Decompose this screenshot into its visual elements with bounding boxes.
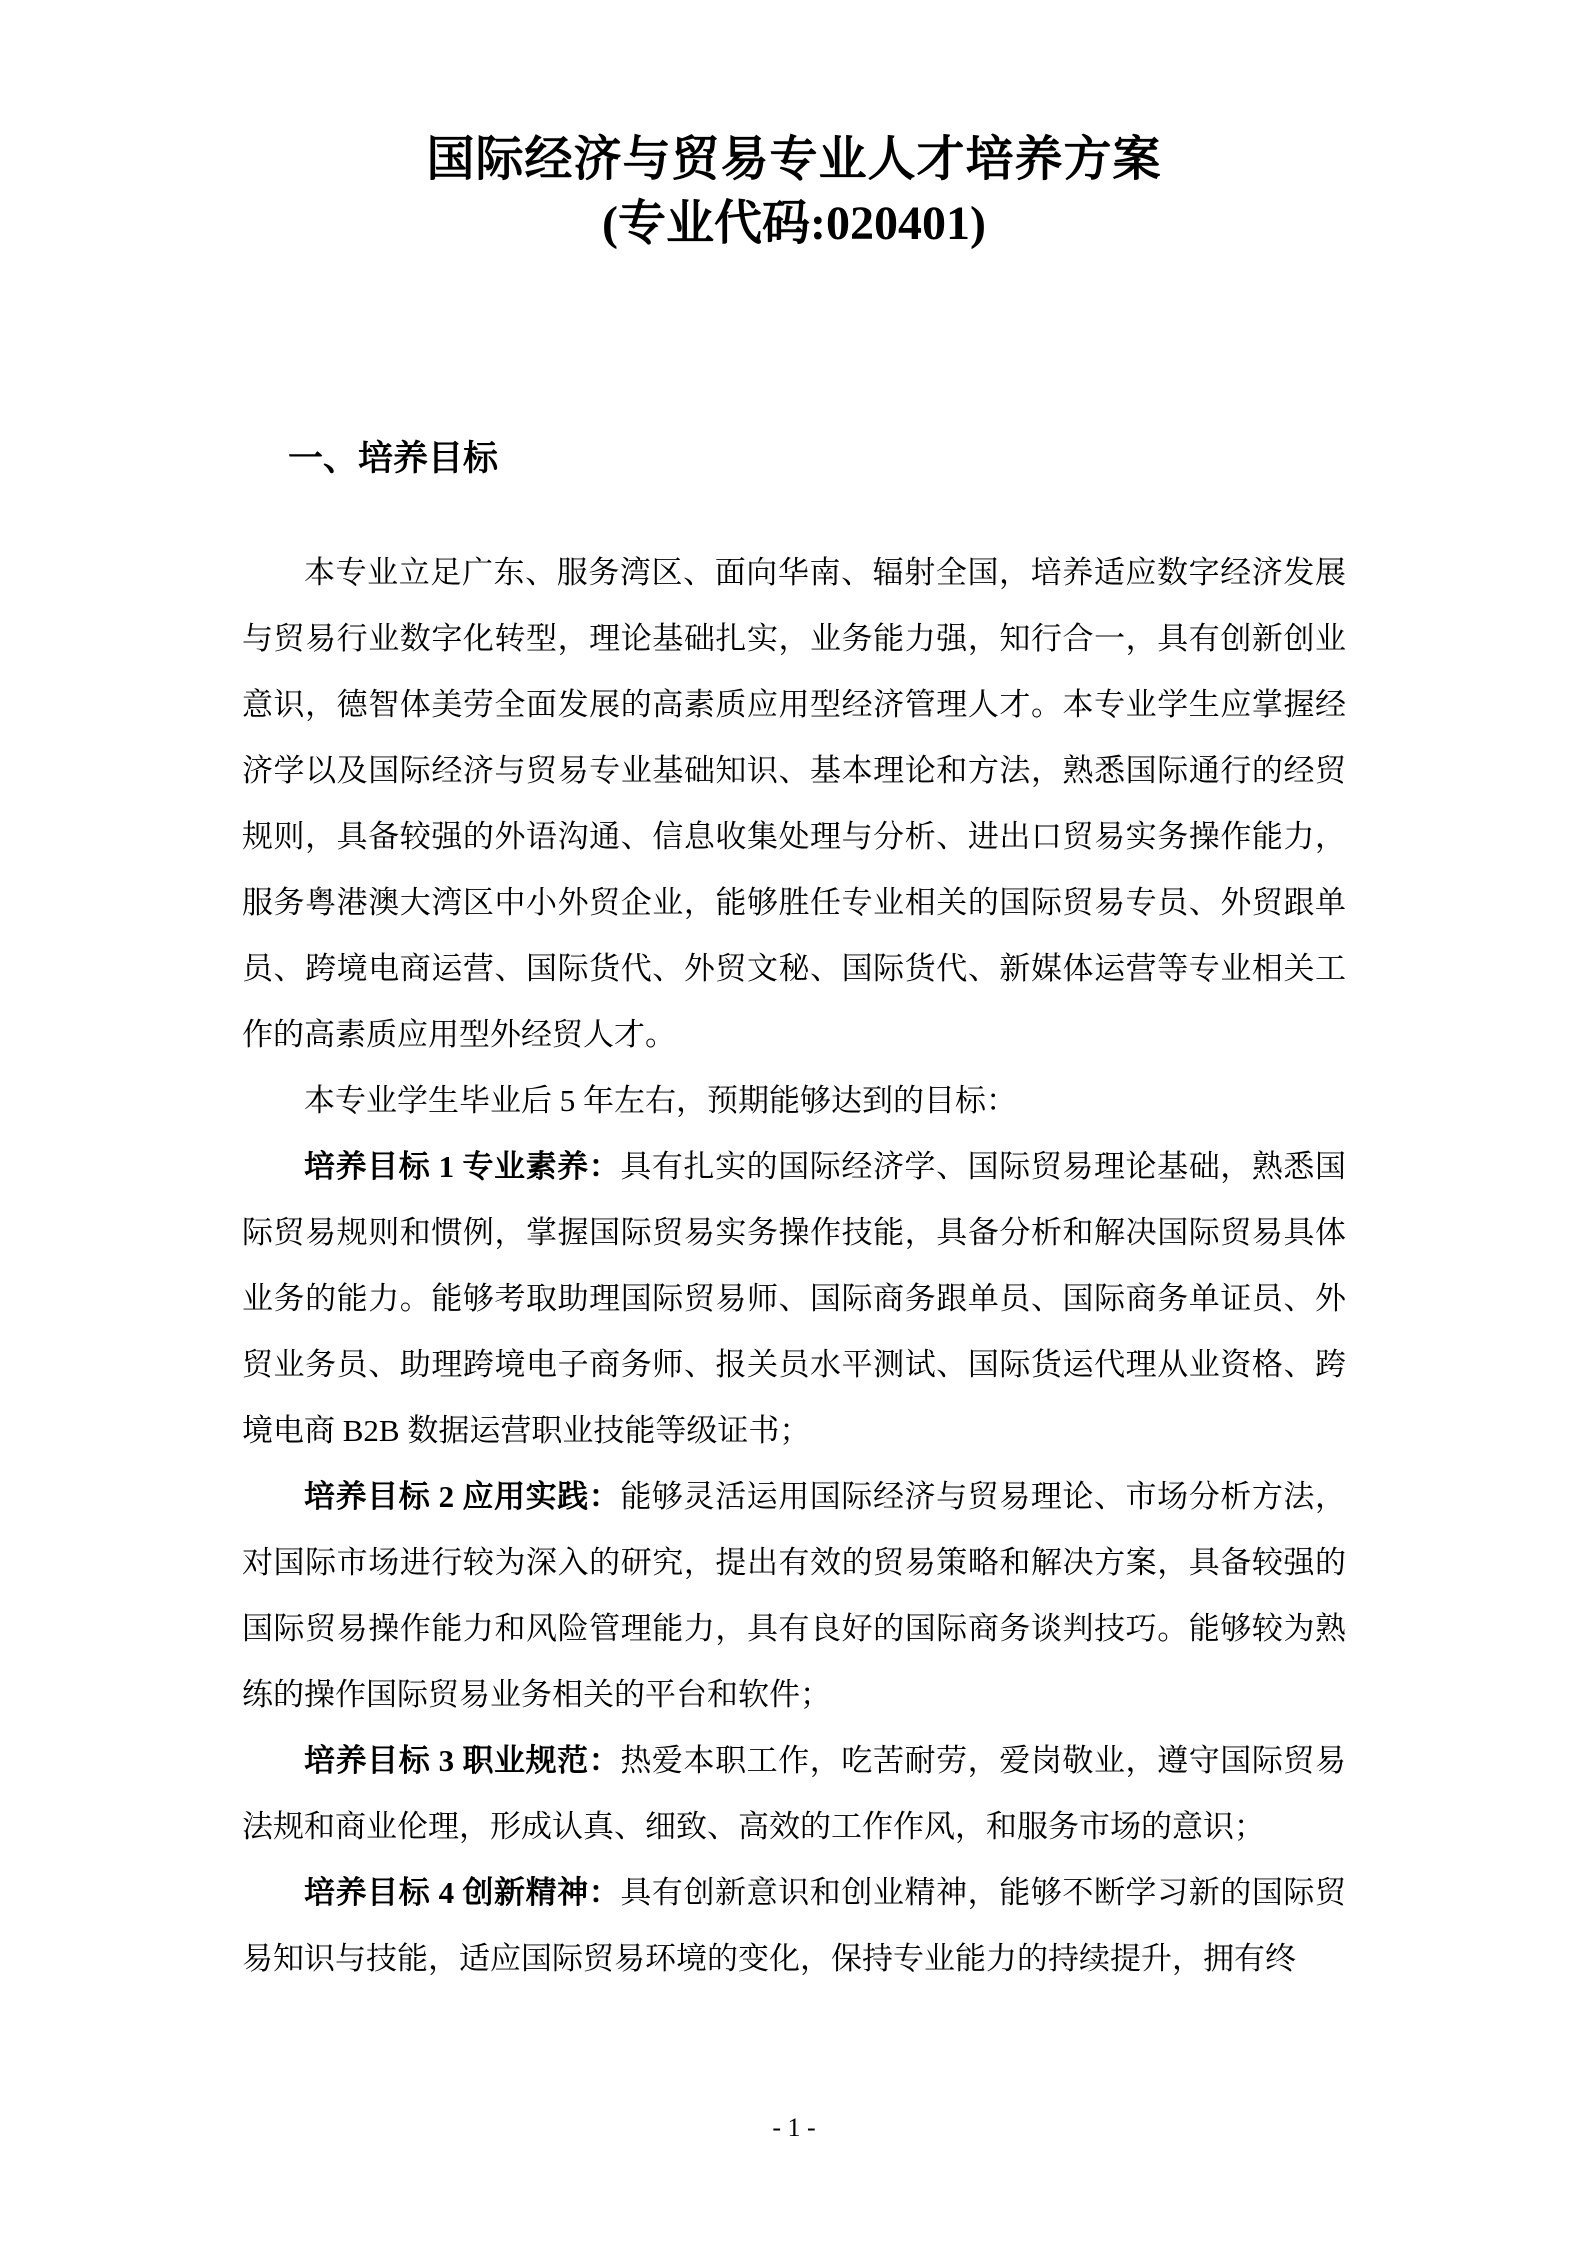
objective-3-lead: 培养目标 3 职业规范： xyxy=(304,1743,620,1778)
graduation-goal-text: 本专业学生毕业后 5 年左右，预期能够达到的目标： xyxy=(304,1083,1017,1118)
graduation-goal-paragraph: 本专业学生毕业后 5 年左右，预期能够达到的目标： xyxy=(242,1068,1346,1134)
intro-paragraph-text: 本专业立足广东、服务湾区、面向华南、辐射全国，培养适应数字经济发展与贸易行业数字… xyxy=(242,555,1346,1052)
intro-paragraph: 本专业立足广东、服务湾区、面向华南、辐射全国，培养适应数字经济发展与贸易行业数字… xyxy=(242,540,1346,1068)
objective-1-paragraph: 培养目标 1 专业素养：具有扎实的国际经济学、国际贸易理论基础，熟悉国际贸易规则… xyxy=(242,1134,1346,1464)
objective-2-lead: 培养目标 2 应用实践： xyxy=(304,1479,620,1514)
objective-4-paragraph: 培养目标 4 创新精神：具有创新意识和创业精神，能够不断学习新的国际贸易知识与技… xyxy=(242,1860,1346,1992)
document-subtitle-major-code: (专业代码:020401) xyxy=(0,192,1588,256)
document-title: 国际经济与贸易专业人才培养方案 xyxy=(0,0,1588,192)
document-page: 国际经济与贸易专业人才培养方案 (专业代码:020401) 一、培养目标 本专业… xyxy=(0,0,1588,2245)
objective-1-lead: 培养目标 1 专业素养： xyxy=(304,1149,620,1184)
objective-2-paragraph: 培养目标 2 应用实践：能够灵活运用国际经济与贸易理论、市场分析方法，对国际市场… xyxy=(242,1464,1346,1728)
document-body: 本专业立足广东、服务湾区、面向华南、辐射全国，培养适应数字经济发展与贸易行业数字… xyxy=(242,540,1346,1992)
objective-4-lead: 培养目标 4 创新精神： xyxy=(304,1875,620,1910)
objective-3-paragraph: 培养目标 3 职业规范：热爱本职工作，吃苦耐劳，爱岗敬业，遵守国际贸易法规和商业… xyxy=(242,1728,1346,1860)
section-heading-training-objectives: 一、培养目标 xyxy=(288,438,1588,480)
page-number: - 1 - xyxy=(0,2113,1588,2143)
objective-1-text: 具有扎实的国际经济学、国际贸易理论基础，熟悉国际贸易规则和惯例，掌握国际贸易实务… xyxy=(242,1149,1346,1448)
